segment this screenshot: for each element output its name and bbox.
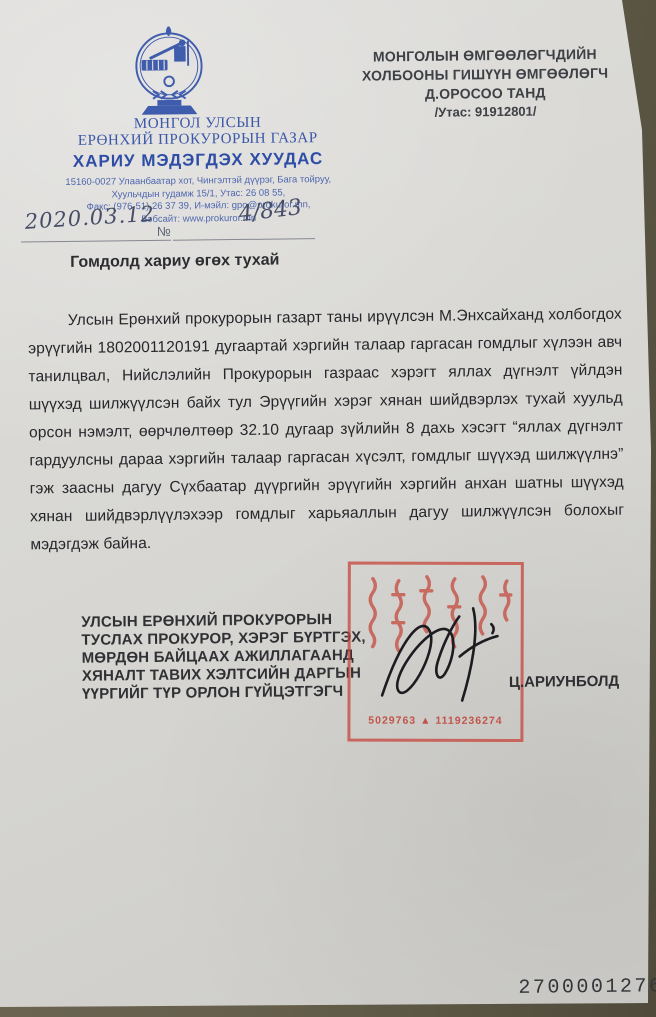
number-underline bbox=[173, 238, 315, 241]
number-sign: № bbox=[157, 224, 171, 239]
document-number: 2700001276 bbox=[518, 975, 656, 1000]
signer-name: Ц.АРИУНБОЛД bbox=[509, 673, 619, 691]
recipient-block: МОНГОЛЫН ӨМГӨӨЛӨГЧДИЙН ХОЛБООНЫ ГИШҮҮН Ө… bbox=[330, 44, 641, 123]
recipient-phone: /Утас: 91912801/ bbox=[330, 101, 640, 123]
recipient-line2: ХОЛБООНЫ ГИШҮҮН ӨМГӨӨЛӨГЧ bbox=[330, 63, 640, 86]
handwritten-signature bbox=[373, 593, 559, 720]
org-name-line2: ЕРӨНХИЙ ПРОКУРОРЫН ГАЗАР bbox=[28, 130, 368, 150]
signature-title-block: УЛСЫН ЕРӨНХИЙ ПРОКУРОРЫН ТУСЛАХ ПРОКУРОР… bbox=[81, 611, 366, 704]
signature-title-line5: ҮҮРГИЙГ ТҮР ОРЛОН ГҮЙЦЭТГЭГЧ bbox=[82, 683, 366, 704]
photo-background: МОНГОЛ УЛСЫН ЕРӨНХИЙ ПРОКУРОРЫН ГАЗАР ХА… bbox=[0, 0, 656, 1017]
body-paragraph: Улсын Ерөнхий прокурорын газарт таны ирү… bbox=[28, 301, 625, 560]
date-underline bbox=[21, 240, 171, 243]
subject-line: Гомдолд хариу өгөх тухай bbox=[70, 252, 279, 272]
prosecutor-emblem-icon bbox=[120, 23, 217, 123]
document-type-title: ХАРИУ МЭДЭГДЭХ ХУУДАС bbox=[28, 149, 368, 173]
document-content: МОНГОЛ УЛСЫН ЕРӨНХИЙ ПРОКУРОРЫН ГАЗАР ХА… bbox=[0, 0, 656, 1017]
